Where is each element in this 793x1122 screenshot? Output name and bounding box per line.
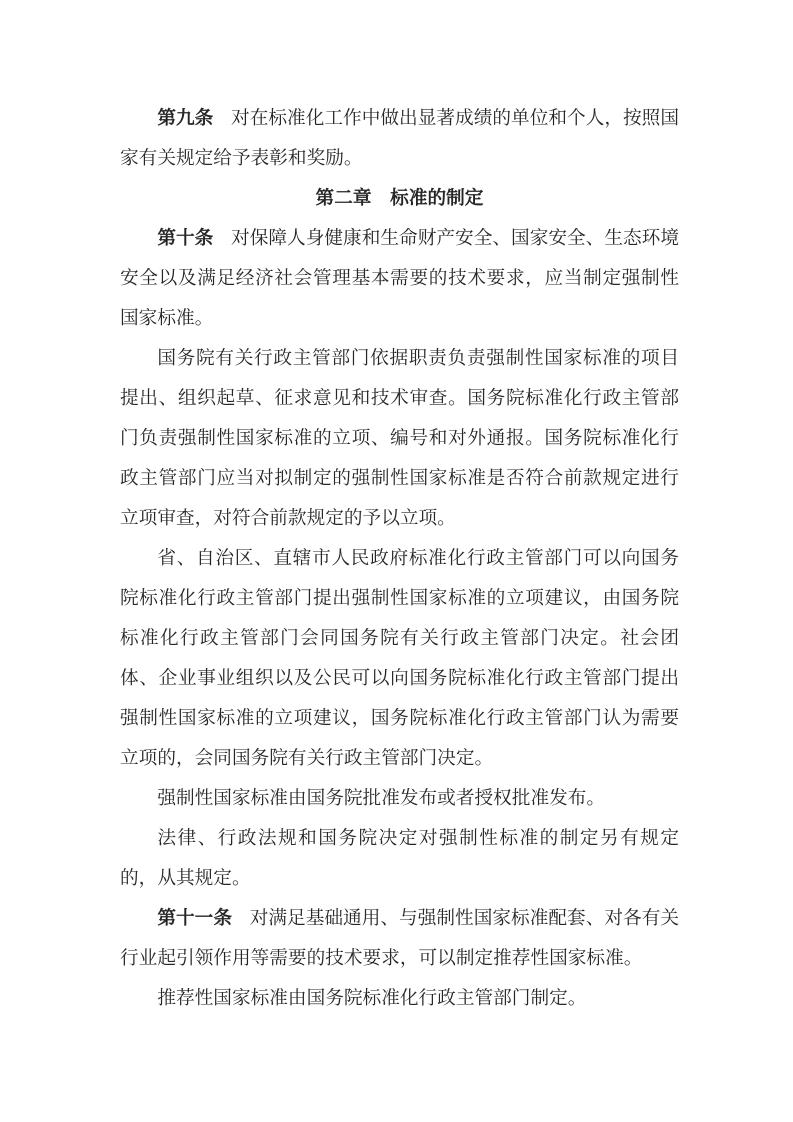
chapter-number: 第二章 — [316, 188, 372, 209]
article-10-paragraph-5: 法律、行政法规和国务院决定对强制性标准的制定另有规定的，从其规定。 — [120, 819, 679, 899]
document-page: 第九条对在标准化工作中做出显著成绩的单位和个人，按照国家有关规定给予表彰和奖励。… — [0, 0, 793, 1122]
chapter-title: 标准的制定 — [390, 188, 483, 209]
article-10-paragraph-2: 国务院有关行政主管部门依据职责负责强制性国家标准的项目提出、组织起草、征求意见和… — [120, 339, 679, 539]
article-11-paragraph-1: 第十一条对满足基础通用、与强制性国家标准配套、对各有关行业起引领作用等需要的技术… — [120, 899, 679, 979]
article-9-paragraph: 第九条对在标准化工作中做出显著成绩的单位和个人，按照国家有关规定给予表彰和奖励。 — [120, 99, 679, 179]
article-10-paragraph-3: 省、自治区、直辖市人民政府标准化行政主管部门可以向国务院标准化行政主管部门提出强… — [120, 539, 679, 779]
article-10-paragraph-4: 强制性国家标准由国务院批准发布或者授权批准发布。 — [120, 779, 679, 819]
article-11-paragraph-2: 推荐性国家标准由国务院标准化行政主管部门制定。 — [120, 979, 679, 1019]
article-10-paragraph-1: 第十条对保障人身健康和生命财产安全、国家安全、生态环境安全以及满足经济社会管理基… — [120, 219, 679, 339]
article-11-number: 第十一条 — [157, 908, 232, 929]
document-body: 第九条对在标准化工作中做出显著成绩的单位和个人，按照国家有关规定给予表彰和奖励。… — [120, 99, 679, 1019]
article-9-number: 第九条 — [157, 108, 213, 129]
article-10-number: 第十条 — [157, 228, 213, 249]
chapter-2-heading: 第二章标准的制定 — [120, 179, 679, 219]
